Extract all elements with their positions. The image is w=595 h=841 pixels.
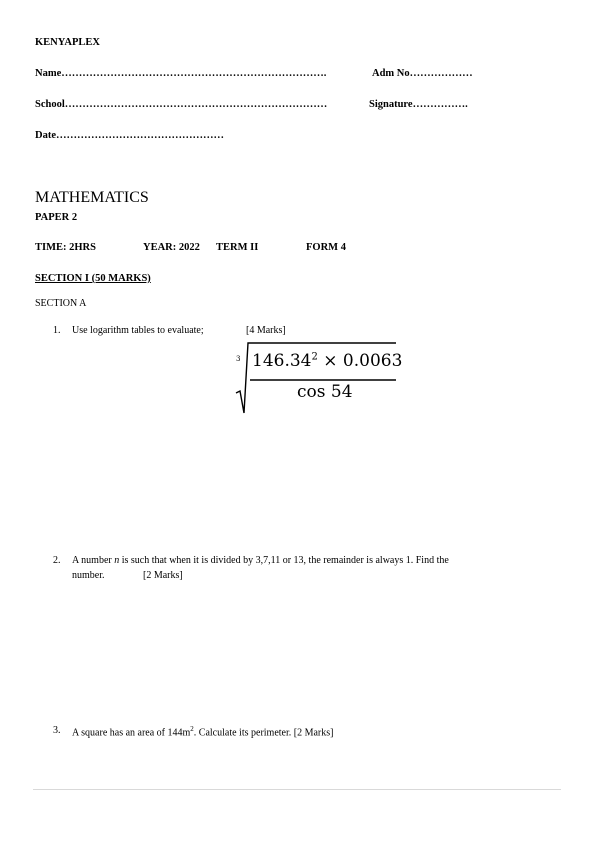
exam-year: YEAR: 2022 bbox=[143, 242, 200, 253]
brand-name: KENYAPLEX bbox=[35, 37, 100, 48]
question-number: 3. bbox=[53, 725, 61, 736]
numerator-base: 146.34 bbox=[252, 351, 311, 371]
exam-term: TERM II bbox=[216, 242, 258, 253]
root-index: 3 bbox=[236, 355, 240, 363]
formula-numerator: 146.342 × 0.0063 bbox=[252, 351, 402, 371]
formula-denominator: cos 54 bbox=[297, 382, 353, 402]
subject-title: MATHEMATICS bbox=[35, 189, 149, 207]
question-marks: [2 Marks] bbox=[294, 727, 334, 738]
paper-number: PAPER 2 bbox=[35, 212, 77, 223]
adm-no-field[interactable]: Adm No……………… bbox=[372, 68, 473, 79]
section-subtitle: SECTION A bbox=[35, 298, 86, 309]
question-number: 2. bbox=[53, 555, 61, 566]
page-footer-divider bbox=[33, 789, 561, 790]
exam-time: TIME: 2HRS bbox=[35, 242, 96, 253]
question-text: A square has an area of 144m2. Calculate… bbox=[72, 725, 333, 738]
name-field[interactable]: Name…………………………………………………………………. bbox=[35, 68, 326, 79]
question-number: 1. bbox=[53, 325, 61, 336]
signature-field[interactable]: Signature……………. bbox=[369, 99, 468, 110]
question-text-line2: number. bbox=[72, 570, 105, 581]
question-marks: [4 Marks] bbox=[246, 325, 286, 336]
school-field[interactable]: School………………………………………………………………… bbox=[35, 99, 327, 110]
date-field[interactable]: Date………………………………………… bbox=[35, 130, 224, 141]
section-title: SECTION I (50 MARKS) bbox=[35, 273, 151, 284]
question-marks: [2 Marks] bbox=[143, 570, 183, 581]
question-text: A number n is such that when it is divid… bbox=[72, 555, 449, 566]
numerator-rest: × 0.0063 bbox=[318, 351, 403, 371]
question-text: Use logarithm tables to evaluate; bbox=[72, 325, 204, 336]
exam-form: FORM 4 bbox=[306, 242, 346, 253]
